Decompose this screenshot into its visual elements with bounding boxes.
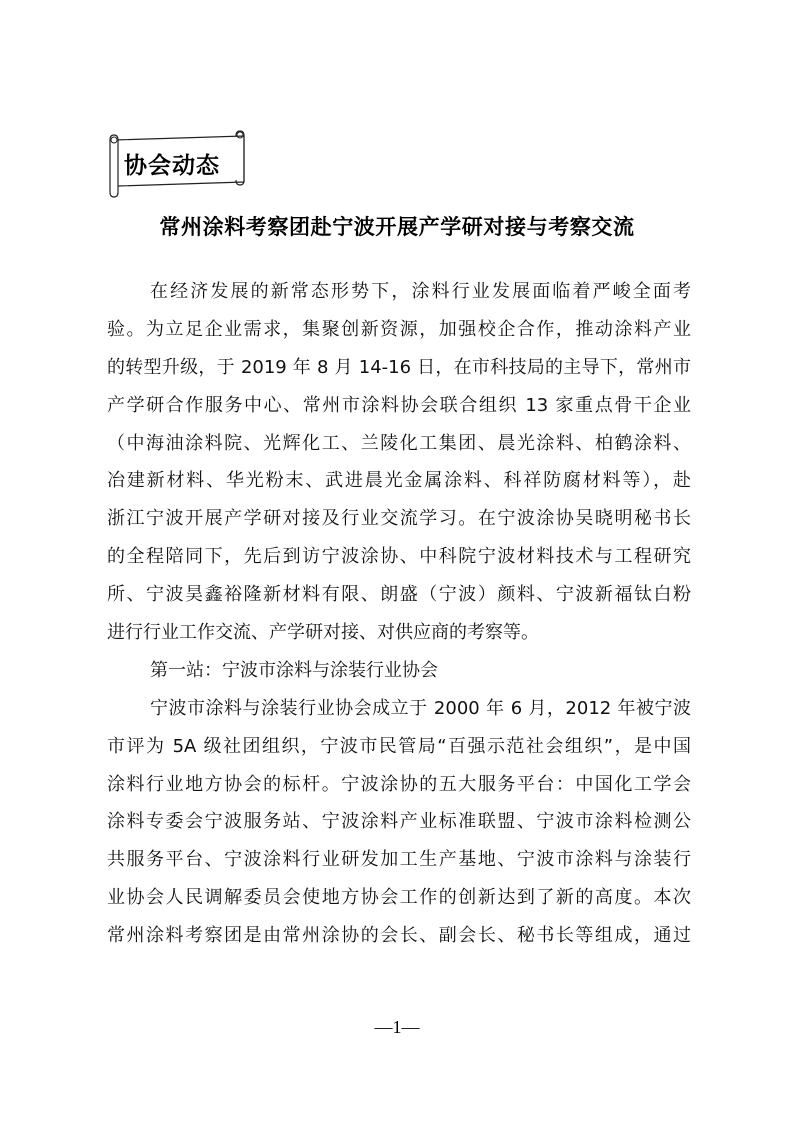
page-number: —1— <box>0 1017 794 1038</box>
paragraph-line: 冶建新材料、华光粉末、武进晨光金属涂料、科祥防腐材料等），赴 <box>107 466 691 504</box>
paragraph-line: 宁波市涂料与涂装行业协会成立于 2000 年 6 月，2012 年被宁波 <box>107 694 691 732</box>
paragraph-line: 业协会人民调解委员会使地方协会工作的创新达到了新的高度。本次 <box>107 883 691 921</box>
paragraph-line: 进行行业工作交流、产学研对接、对供应商的考察等。 <box>107 618 691 656</box>
paragraph-line: 验。为立足企业需求，集聚创新资源，加强校企合作，推动涂料产业 <box>107 315 691 353</box>
paragraph-line: 的全程陪同下，先后到访宁波涂协、中科院宁波材料技术与工程研究 <box>107 542 691 580</box>
paragraph-line: 的转型升级，于 2019 年 8 月 14-16 日，在市科技局的主导下，常州市 <box>107 353 691 391</box>
paragraph-line: 涂料行业地方协会的标杆。宁波涂协的五大服务平台：中国化工学会 <box>107 770 691 808</box>
section-banner: 协会动态 <box>104 130 252 200</box>
paragraph-line: 涂料专委会宁波服务站、宁波涂料产业标准联盟、宁波市涂料检测公 <box>107 807 691 845</box>
paragraph-line: 共服务平台、宁波涂料行业研发加工生产基地、宁波市涂料与涂装行 <box>107 845 691 883</box>
paragraph-line: （中海油涂料院、光辉化工、兰陵化工集团、晨光涂料、柏鹤涂料、 <box>107 429 691 467</box>
article-body: 在经济发展的新常态形势下，涂料行业发展面临着严峻全面考验。为立足企业需求，集聚创… <box>107 277 691 959</box>
paragraph-line: 常州涂料考察团是由常州涂协的会长、副会长、秘书长等组成，通过 <box>107 921 691 959</box>
paragraph-line: 产学研合作服务中心、常州市涂料协会联合组织 13 家重点骨干企业 <box>107 391 691 429</box>
paragraph-line: 第一站：宁波市涂料与涂装行业协会 <box>107 656 691 694</box>
section-banner-label: 协会动态 <box>124 147 220 180</box>
article-title: 常州涂料考察团赴宁波开展产学研对接与考察交流 <box>0 211 794 241</box>
paragraph-line: 在经济发展的新常态形势下，涂料行业发展面临着严峻全面考 <box>107 277 691 315</box>
paragraph-line: 市评为 5A 级社团组织，宁波市民管局“百强示范社会组织”，是中国 <box>107 732 691 770</box>
paragraph-line: 所、宁波昊鑫裕隆新材料有限、朗盛（宁波）颜料、宁波新福钛白粉 <box>107 580 691 618</box>
paragraph-line: 浙江宁波开展产学研对接及行业交流学习。在宁波涂协吴晓明秘书长 <box>107 504 691 542</box>
